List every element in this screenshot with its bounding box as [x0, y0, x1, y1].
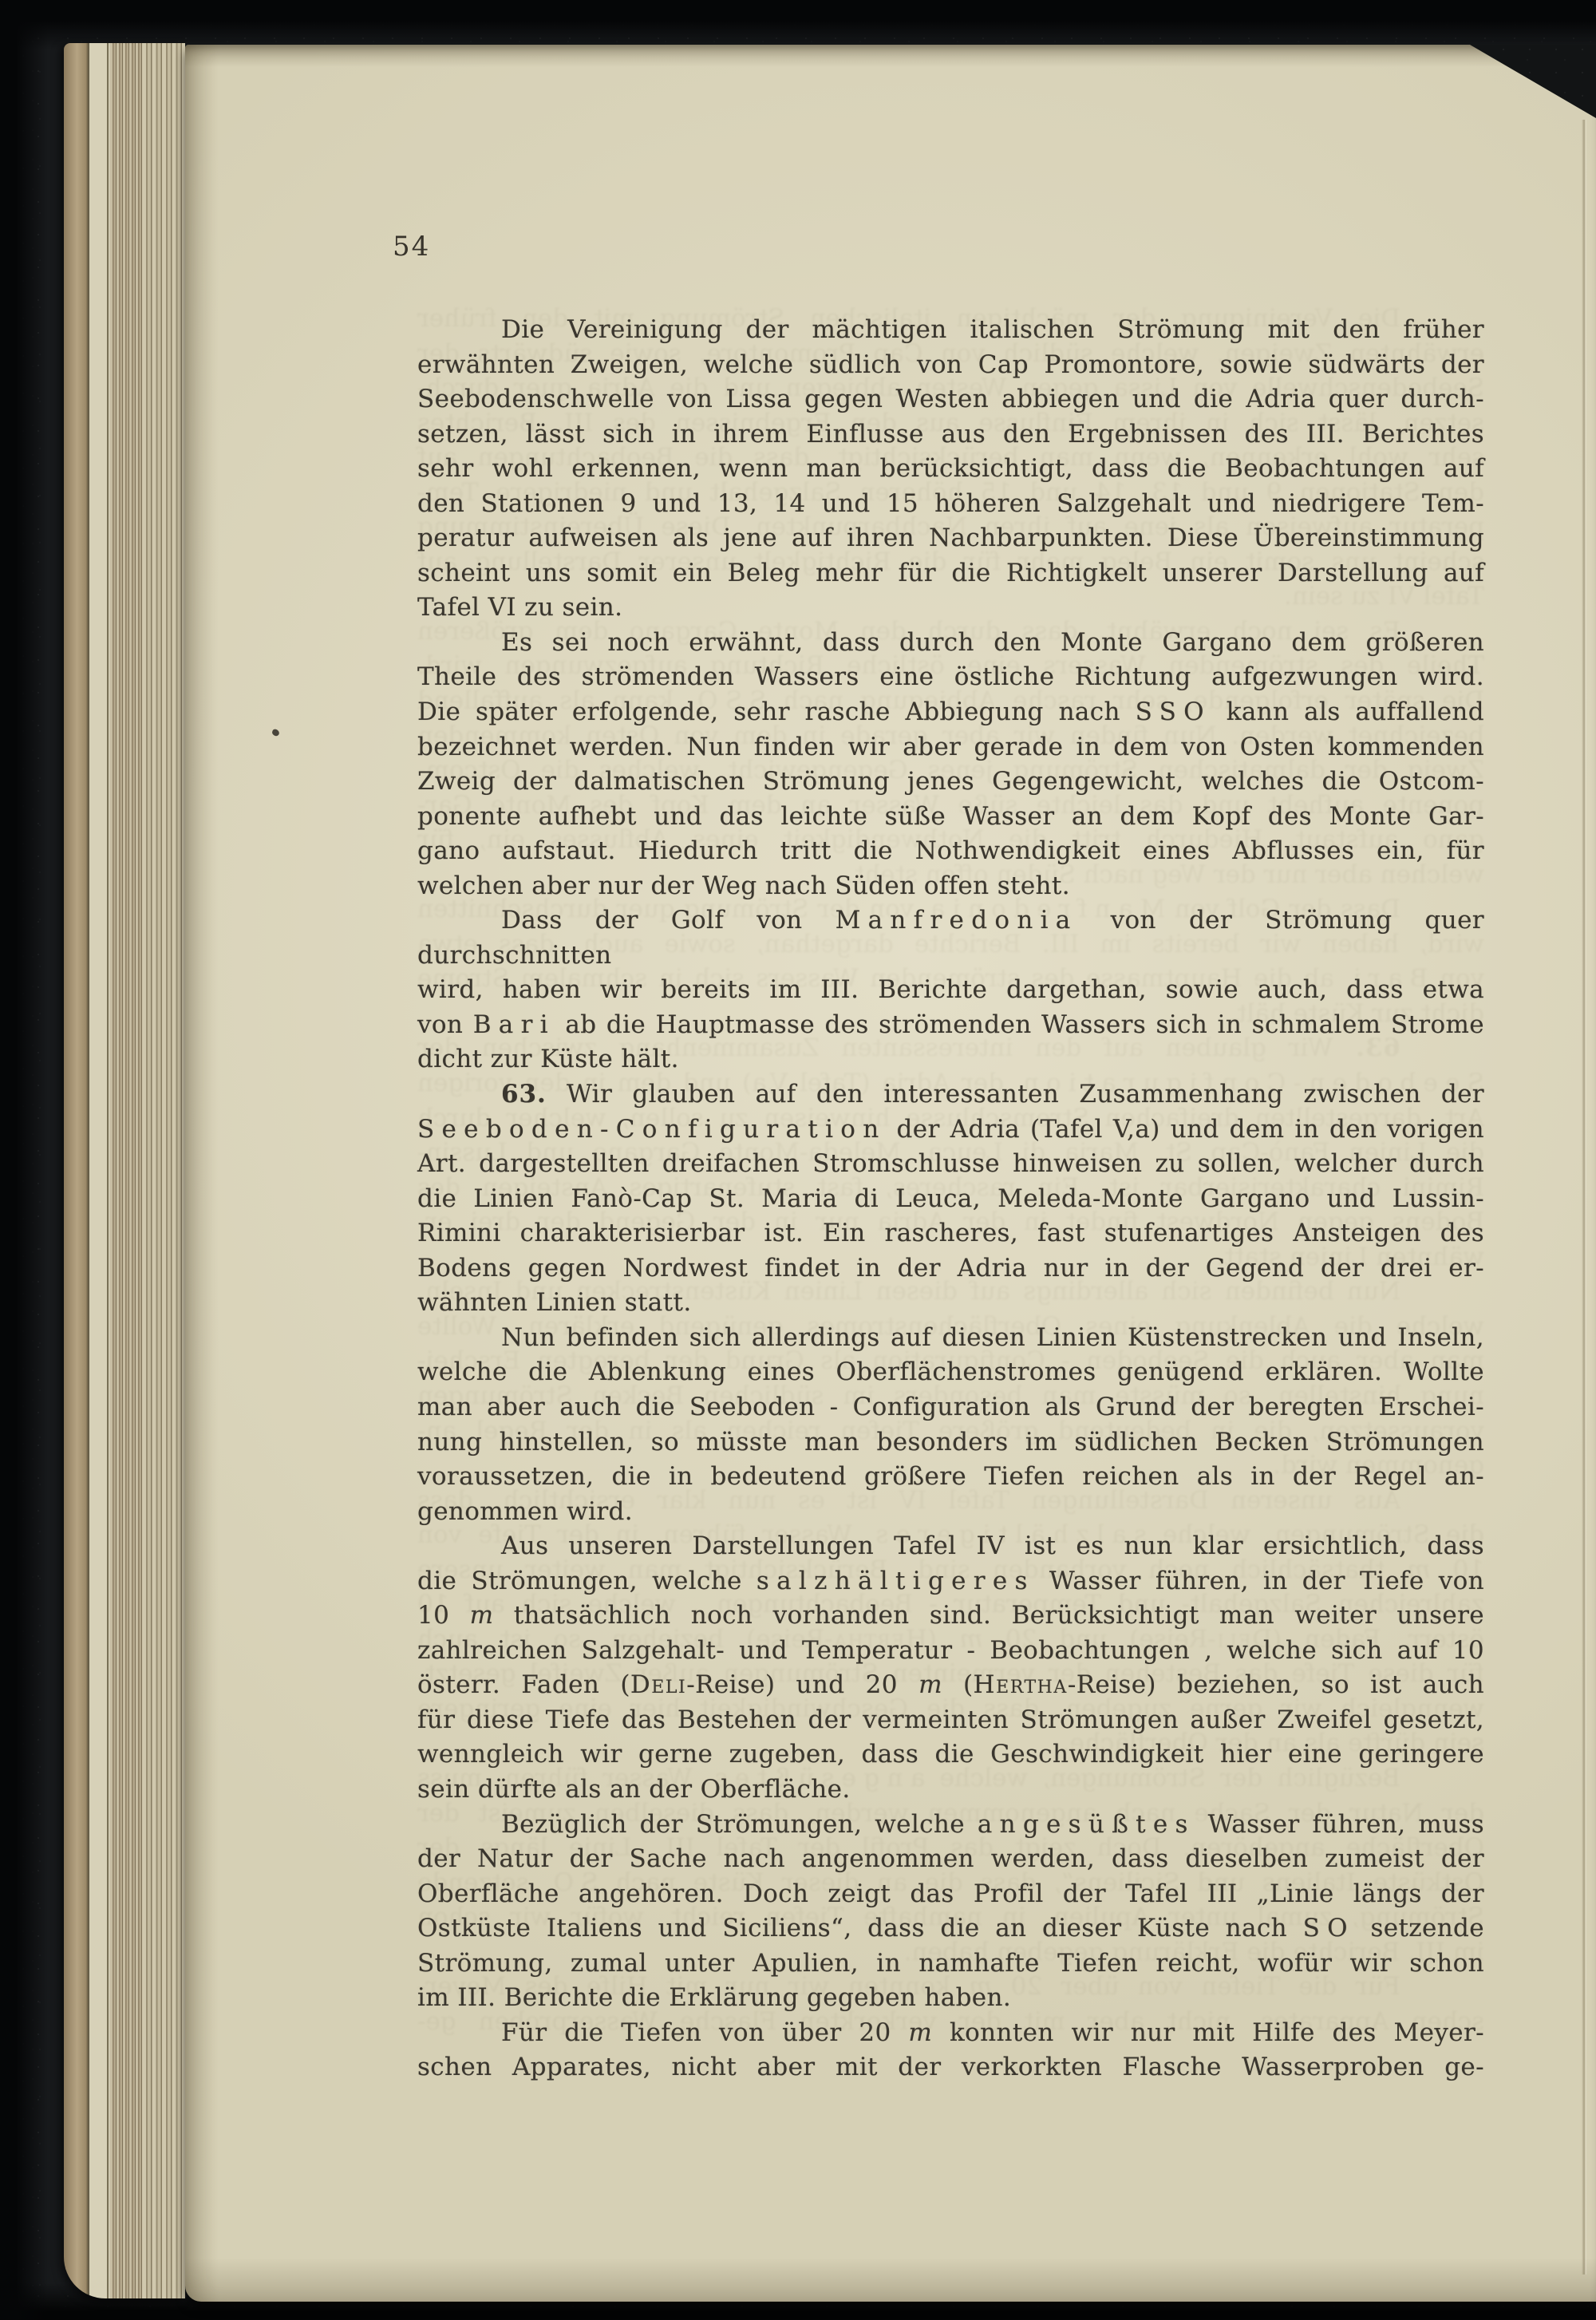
text-line: nung hinstellen, so müsste man besonders…	[417, 1425, 1484, 1460]
text-line: erwähnten Zweigen, welche südlich von Ca…	[417, 348, 1484, 383]
text-line: Theile des strömenden Wassers eine östli…	[417, 660, 1484, 695]
flyleaf-edge	[88, 43, 110, 2298]
text-line: ponente aufhebt und das leichte süße Was…	[417, 800, 1484, 835]
text-line: Nun befinden sich allerdings auf diesen …	[417, 1321, 1484, 1356]
page-edges-coarse	[142, 43, 185, 2298]
text-block: Die Vereinigung der mächtigen italischen…	[417, 313, 1484, 2085]
text-line: Art. dargestellten dreifachen Stromschlu…	[417, 1147, 1484, 1182]
text-line: für diese Tiefe das Bestehen der vermein…	[417, 1703, 1484, 1738]
text-line: Für die Tiefen von über 20 m konnten wir…	[417, 2016, 1484, 2051]
text-line: 10 m thatsächlich noch vorhanden sind. B…	[417, 1599, 1484, 1634]
text-line: sein dürfte als an der Oberfläche.	[417, 1773, 1484, 1808]
text-line: die Strömungen, welche salzhältigeres Wa…	[417, 1564, 1484, 1599]
text-line: den Stationen 9 und 13, 14 und 15 höhere…	[417, 487, 1484, 522]
text-line: von Bari ab die Hauptmasse des strömende…	[417, 1008, 1484, 1043]
text-line: bezeichnet werden. Nun finden wir aber g…	[417, 730, 1484, 765]
text-line: Bezüglich der Strömungen, welche angesüß…	[417, 1808, 1484, 1843]
text-line: voraussetzen, die in bedeutend größere T…	[417, 1460, 1484, 1495]
text-line: welchen aber nur der Weg nach Süden offe…	[417, 869, 1484, 904]
text-line: Zweig der dalmatischen Strömung jenes Ge…	[417, 765, 1484, 800]
text-line: Oberfläche angehören. Doch zeigt das Pro…	[417, 1877, 1484, 1912]
text-line: schen Apparates, nicht aber mit der verk…	[417, 2050, 1484, 2085]
text-line: der Natur der Sache nach angenommen werd…	[417, 1842, 1484, 1877]
text-line: österr. Faden (Deli-Reise) und 20 m (Her…	[417, 1668, 1484, 1703]
endpaper-edge	[64, 43, 88, 2298]
text-line: Bodens gegen Nordwest findet in der Adri…	[417, 1251, 1484, 1286]
text-line: Aus unseren Darstellungen Tafel IV ist e…	[417, 1529, 1484, 1564]
text-line: Tafel VI zu sein.	[417, 591, 1484, 626]
text-line: 63. Wir glauben auf den interessanten Zu…	[417, 1077, 1484, 1113]
text-line: Seebodenschwelle von Lissa gegen Westen …	[417, 382, 1484, 417]
text-line: zahlreichen Salzgehalt- und Temperatur -…	[417, 1634, 1484, 1669]
text-line: dicht zur Küste hält.	[417, 1042, 1484, 1077]
text-line: wird, haben wir bereits im III. Berichte…	[417, 973, 1484, 1008]
text-line: wähnten Linien statt.	[417, 1286, 1484, 1321]
text-line: die Linien Fanò-Cap St. Maria di Leuca, …	[417, 1182, 1484, 1217]
text-line: Dass der Golf von Manfredonia von der St…	[417, 903, 1484, 973]
text-line: sehr wohl erkennen, wenn man berücksicht…	[417, 452, 1484, 487]
page-edges-fine	[110, 43, 142, 2298]
text-line: Seeboden-Configuration der Adria (Tafel …	[417, 1113, 1484, 1148]
text-line: Die später erfolgende, sehr rasche Abbie…	[417, 695, 1484, 730]
page-edge-stack	[64, 43, 185, 2298]
text-line: Rimini charakterisierbar ist. Ein rasche…	[417, 1216, 1484, 1251]
text-line: im III. Berichte die Erklärung gegeben h…	[417, 1981, 1484, 2016]
text-line: Strömung, zumal unter Apulien, in namhaf…	[417, 1947, 1484, 1982]
scanned-book-photo: Die Vereinigung der mächtigen italischen…	[0, 0, 1596, 2320]
text-line: man aber auch die Seeboden - Configurati…	[417, 1390, 1484, 1425]
page-crease	[1582, 120, 1587, 2275]
text-line: setzen, lässt sich in ihrem Einflusse au…	[417, 417, 1484, 453]
text-line: peratur aufweisen als jene auf ihren Nac…	[417, 521, 1484, 556]
text-line: gano aufstaut. Hiedurch tritt die Nothwe…	[417, 834, 1484, 869]
text-line: scheint uns somit ein Beleg mehr für die…	[417, 556, 1484, 591]
text-line: Die Vereinigung der mächtigen italischen…	[417, 313, 1484, 348]
text-line: genommen wird.	[417, 1495, 1484, 1530]
text-line: wenngleich wir gerne zugeben, dass die G…	[417, 1737, 1484, 1773]
text-line: Ostküste Italiens und Siciliens“, dass d…	[417, 1911, 1484, 1947]
page-number: 54	[393, 233, 430, 260]
text-line: welche die Ablenkung eines Oberflächenst…	[417, 1355, 1484, 1390]
text-line: Es sei noch erwähnt, dass durch den Mont…	[417, 626, 1484, 661]
